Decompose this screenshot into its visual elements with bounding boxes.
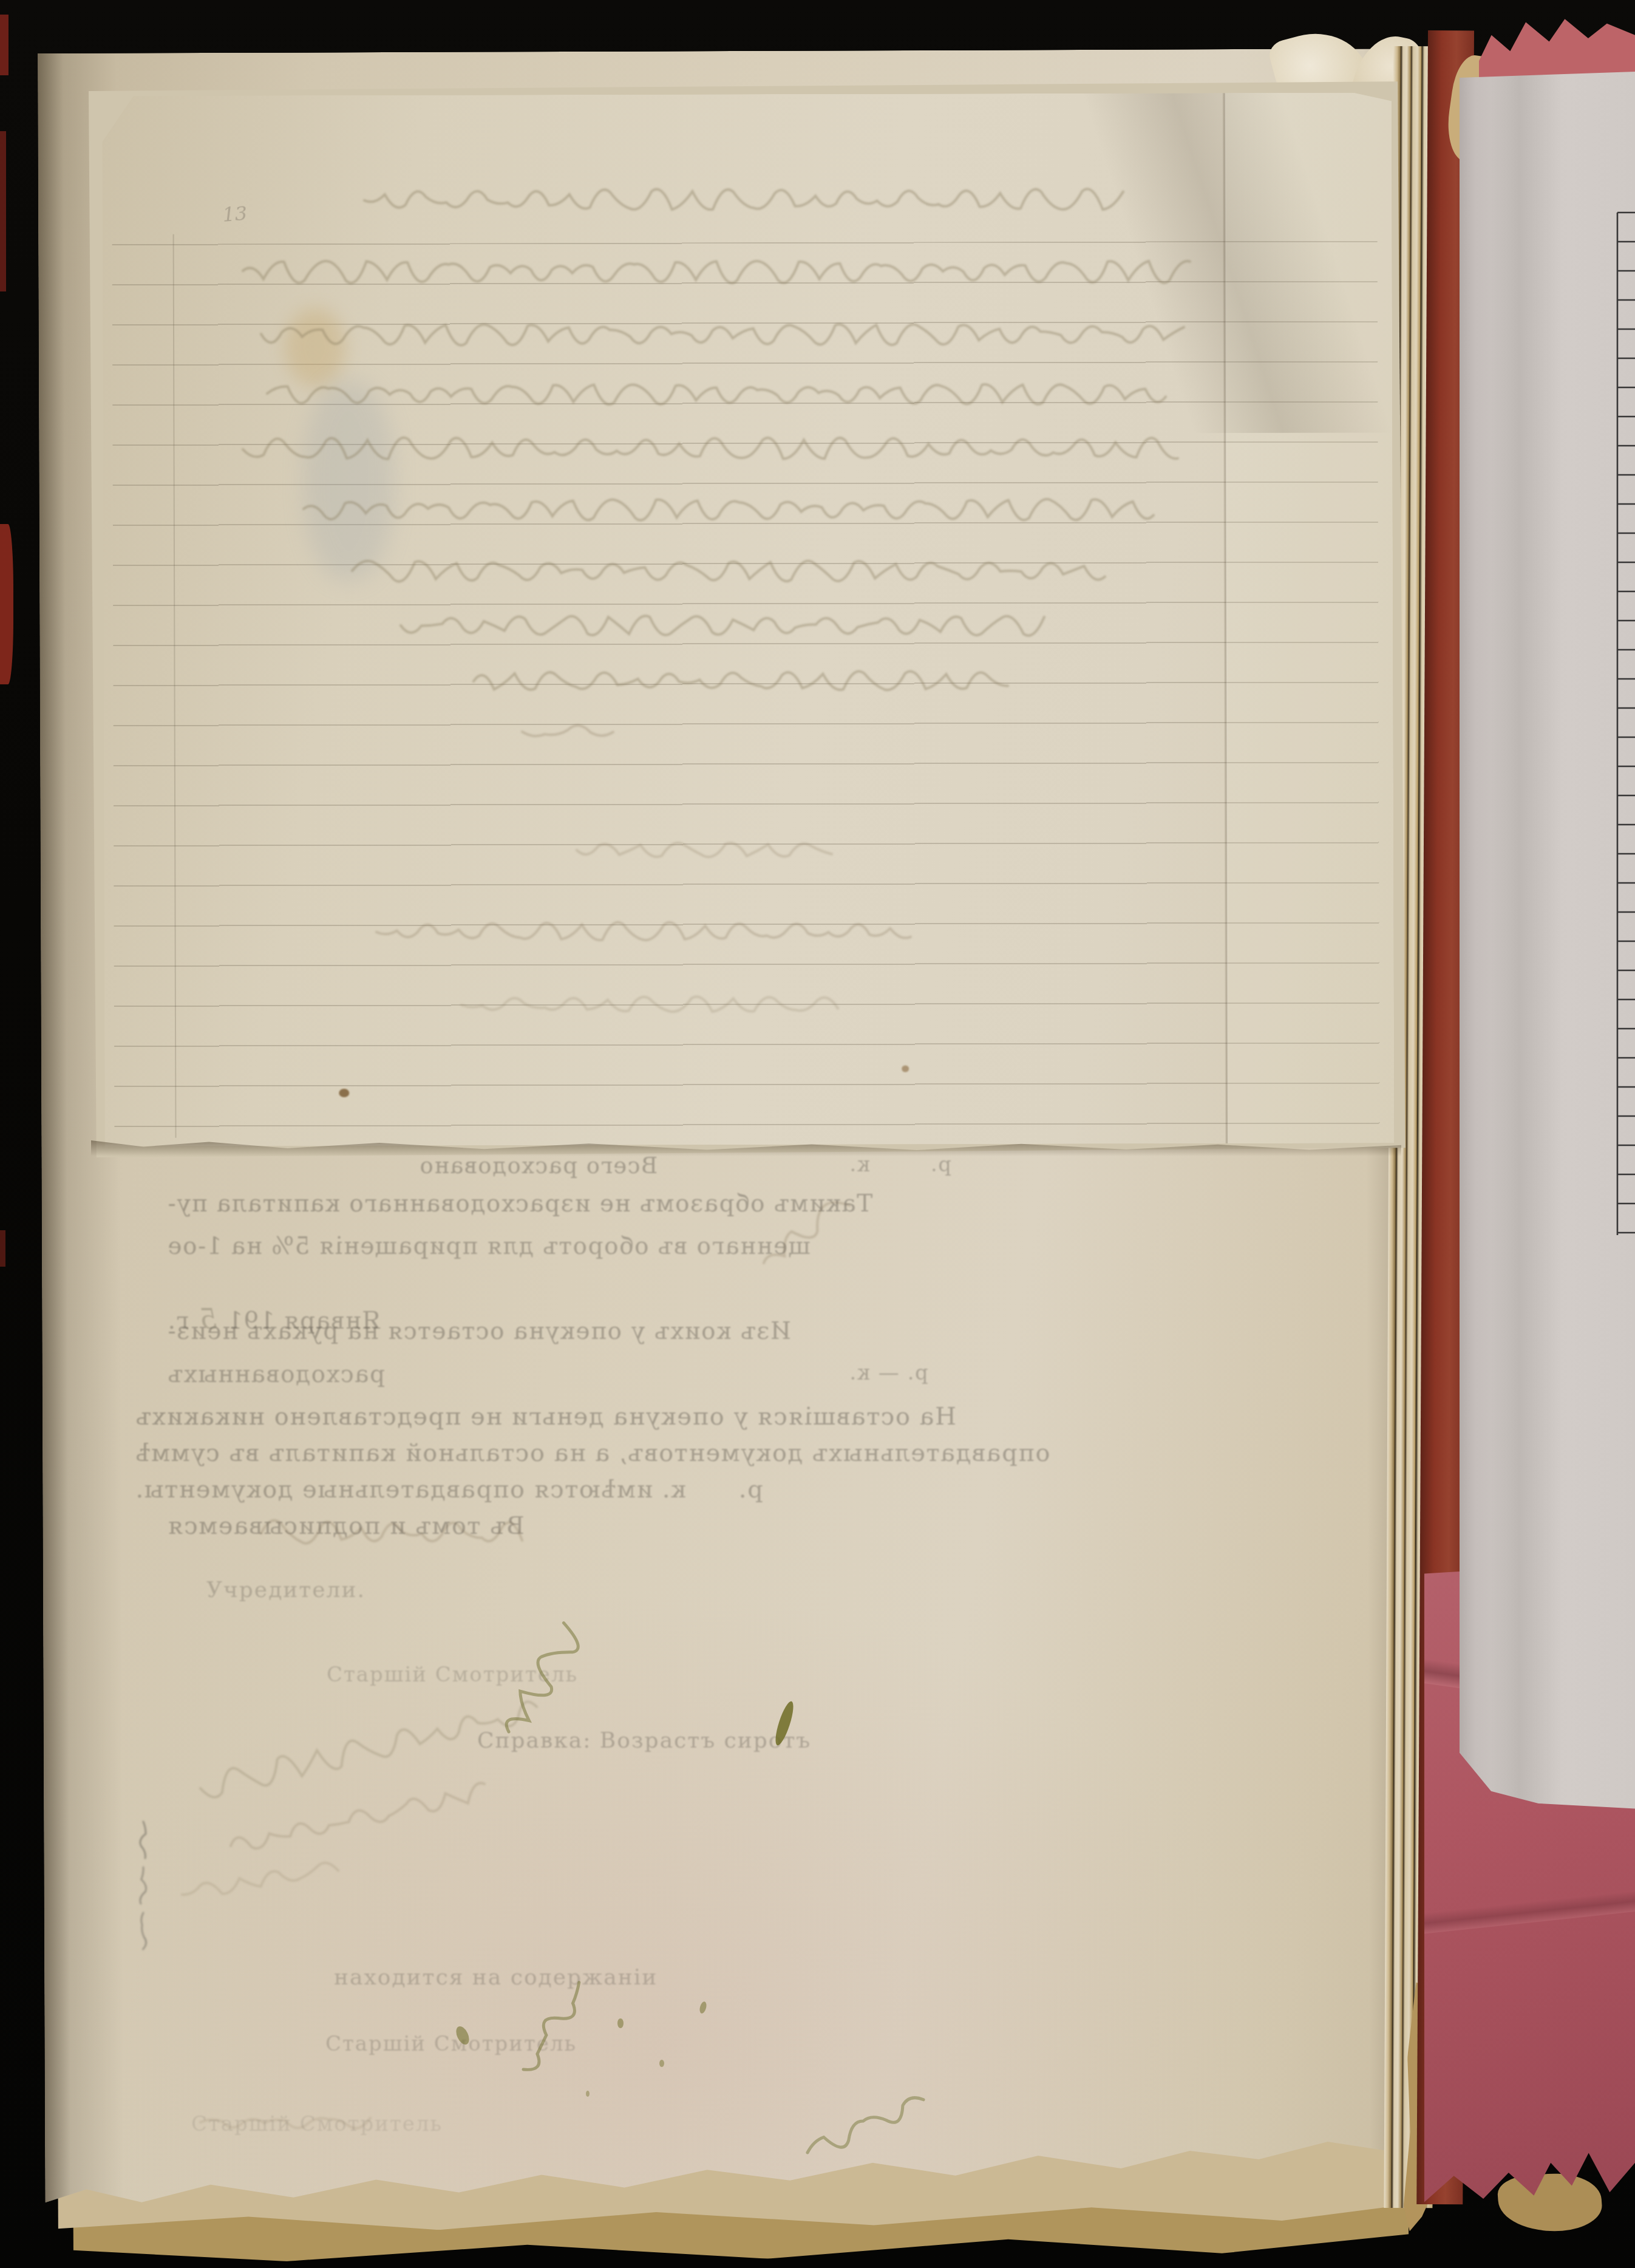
diagonal-shadow xyxy=(1003,92,1392,434)
showthrough-paragraph-line: р. к. имѣются оправдательные документы. xyxy=(135,1476,763,1503)
attached-note-sheet: 13 xyxy=(102,92,1395,1146)
maintenance-label: находится на содержаніи xyxy=(334,1965,658,1990)
warden-label: Старшій Смотритель xyxy=(327,1663,578,1687)
showthrough-total-line: Всего расходовано xyxy=(419,1153,658,1179)
ink-spot xyxy=(902,1066,909,1072)
showthrough-total-units: р. к. xyxy=(849,1153,951,1177)
showthrough-paragraph-line: оправдательныхъ документовъ, а на осталь… xyxy=(135,1439,1050,1467)
red-binding-mark xyxy=(0,1230,5,1267)
showthrough-paragraph-line: Изъ коихъ у опекуна остается на рукахъ н… xyxy=(167,1318,791,1345)
red-binding-mark xyxy=(0,131,6,291)
spravka-label: Справка: Возрастъ сиротъ xyxy=(477,1728,811,1753)
archival-scan-scene: 13 Всего расходовано р. к. Такимъ образо… xyxy=(0,0,1635,2268)
red-binding-mark xyxy=(0,15,8,75)
warden-label: Старшій Смотритель xyxy=(191,2112,443,2136)
pink-paper-top-sliver xyxy=(1479,16,1635,80)
showthrough-paragraph-line: Такимъ образомъ не израсходованнаго капи… xyxy=(167,1190,872,1217)
showthrough-paragraph-line: щеннаго въ оборотъ для приращенія 5% на … xyxy=(167,1233,811,1260)
showthrough-signoff-line: Въ томъ и подписываемся xyxy=(167,1512,525,1540)
pink-paper-crease xyxy=(1412,1887,1635,1935)
showthrough-units: р. — к. xyxy=(849,1361,928,1385)
white-ledger-sheet xyxy=(1460,72,1635,1816)
showthrough-paragraph-line: На оставшіяся у опекуна деньги не предст… xyxy=(135,1403,956,1431)
warden-label: Старшій Смотритель xyxy=(325,2032,577,2056)
showthrough-paragraph-line: расходованныхъ xyxy=(167,1361,385,1388)
white-sheet-shadow xyxy=(1460,72,1635,1816)
pencil-page-number: 13 xyxy=(222,202,248,226)
yellow-stain xyxy=(285,308,345,387)
founders-label: Учредители. xyxy=(206,1578,365,1602)
blue-stain xyxy=(303,381,395,581)
red-binding-mark xyxy=(0,524,13,684)
ink-spot xyxy=(339,1089,349,1097)
kraft-paper-bit xyxy=(1497,2170,1603,2235)
